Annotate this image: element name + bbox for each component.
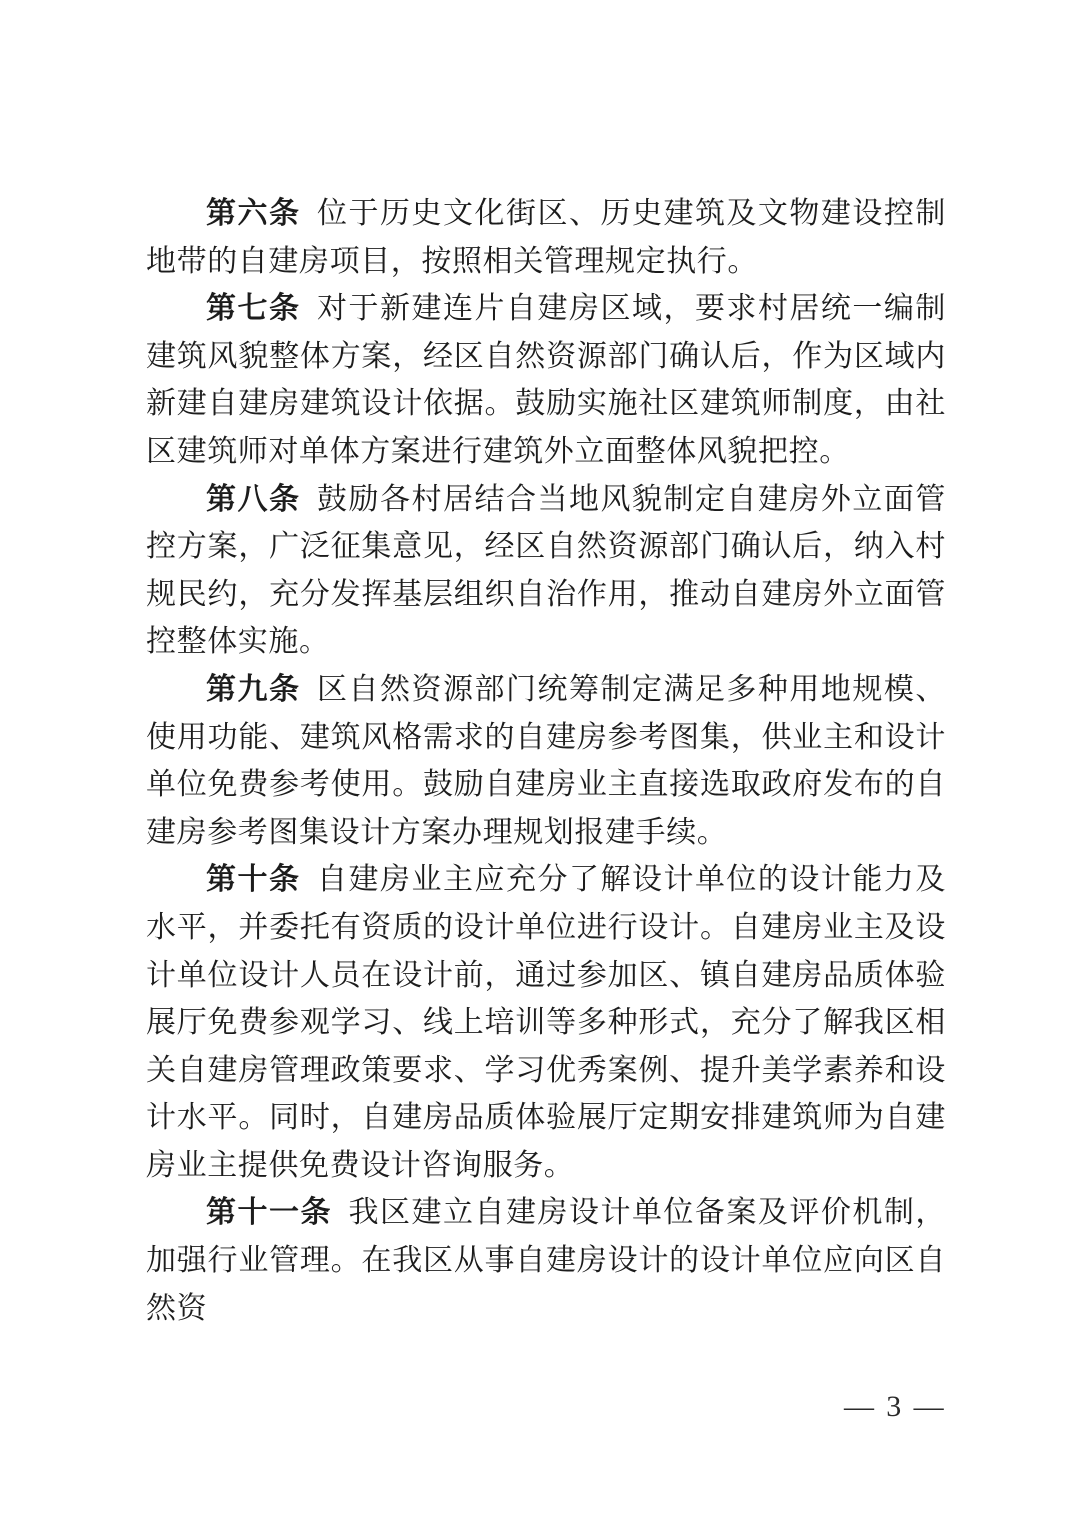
article-number: 第六条 <box>206 197 301 230</box>
page-number-text: — 3 — <box>844 1390 946 1423</box>
article-paragraph: 第八条鼓励各村居结合当地风貌制定自建房外立面管控方案，广泛征集意见，经区自然资源… <box>146 476 946 666</box>
article-paragraph: 第九条区自然资源部门统筹制定满足多种用地规模、使用功能、建筑风格需求的自建房参考… <box>146 666 946 856</box>
article-paragraph: 第七条对于新建连片自建房区域，要求村居统一编制建筑风貌整体方案，经区自然资源部门… <box>146 285 946 475</box>
article-number: 第十条 <box>206 863 301 896</box>
document-page: 第六条位于历史文化街区、历史建筑及文物建设控制地带的自建房项目，按照相关管理规定… <box>0 0 1080 1527</box>
article-paragraph: 第六条位于历史文化街区、历史建筑及文物建设控制地带的自建房项目，按照相关管理规定… <box>146 190 946 285</box>
article-paragraph: 第十一条我区建立自建房设计单位备案及评价机制，加强行业管理。在我区从事自建房设计… <box>146 1189 946 1332</box>
article-paragraph: 第十条自建房业主应充分了解设计单位的设计能力及水平，并委托有资质的设计单位进行设… <box>146 856 946 1189</box>
article-number: 第七条 <box>206 292 301 325</box>
article-number: 第十一条 <box>206 1196 332 1229</box>
article-text: 自建房业主应充分了解设计单位的设计能力及水平，并委托有资质的设计单位进行设计。自… <box>146 863 946 1182</box>
article-number: 第八条 <box>206 483 301 516</box>
article-number: 第九条 <box>206 673 301 706</box>
document-body: 第六条位于历史文化街区、历史建筑及文物建设控制地带的自建房项目，按照相关管理规定… <box>146 190 946 1332</box>
page-number: — 3 — <box>646 1390 946 1424</box>
